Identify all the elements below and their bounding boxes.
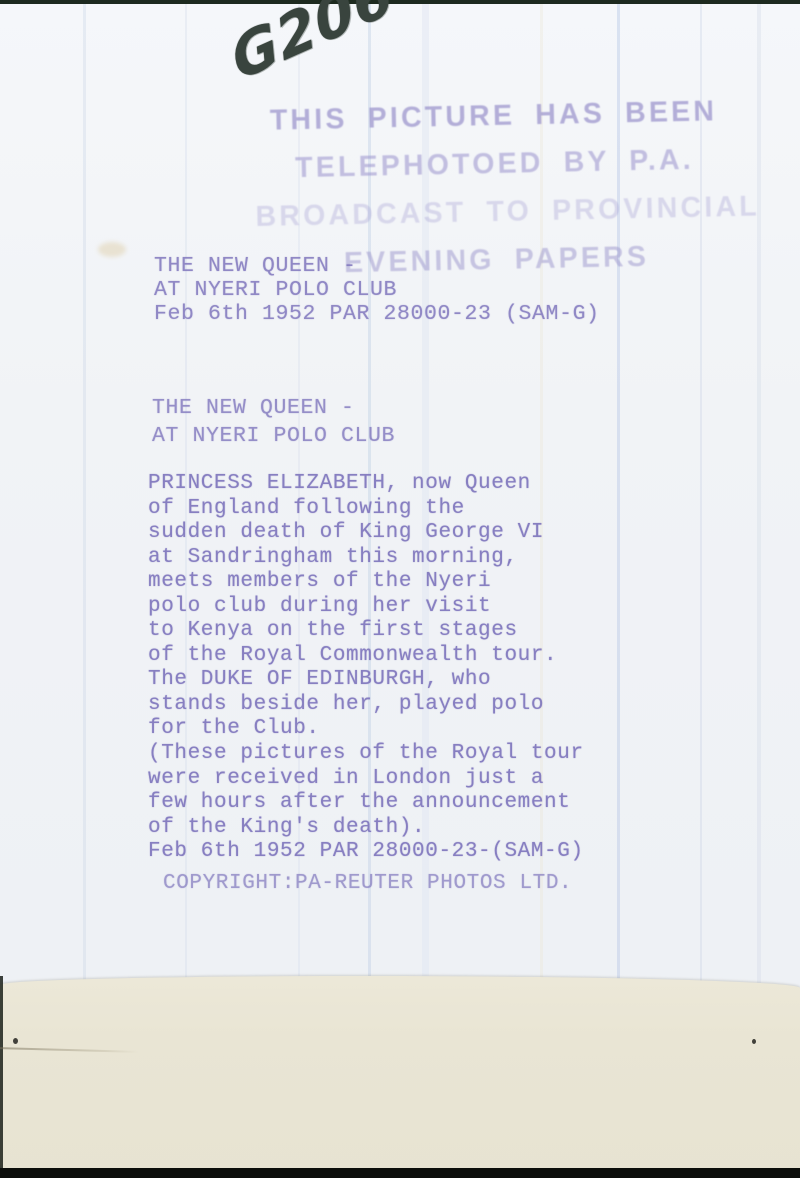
backing-strip	[0, 976, 800, 1178]
scan-edge-bottom	[0, 1168, 800, 1178]
handwritten-code: G206	[224, 0, 401, 94]
title-line-1: THE NEW QUEEN -	[152, 396, 355, 420]
copyright-line: COPYRIGHT:PA-REUTER PHOTOS LTD.	[163, 872, 572, 896]
photo-back-scan: G206 THIS PICTURE HAS BEEN TELEPHOTOED B…	[0, 0, 800, 1178]
caption-body: PRINCESS ELIZABETH, now Queen of England…	[148, 472, 584, 865]
scan-edge-top	[0, 0, 800, 4]
title-line-2: AT NYERI POLO CLUB	[152, 424, 395, 448]
backing-left-edge	[0, 976, 3, 1178]
stain-smudge	[98, 242, 126, 257]
caption-title: THE NEW QUEEN - AT NYERI POLO CLUB	[152, 395, 395, 450]
dust-speck	[13, 1038, 18, 1044]
caption-slug: THE NEW QUEEN - AT NYERI POLO CLUB Feb 6…	[154, 254, 600, 326]
dust-speck	[752, 1039, 756, 1044]
slug-line-3: Feb 6th 1952 PAR 28000-23 (SAM-G)	[154, 302, 600, 326]
slug-line-2: AT NYERI POLO CLUB	[154, 278, 397, 302]
slug-line-1: THE NEW QUEEN -	[154, 254, 357, 278]
